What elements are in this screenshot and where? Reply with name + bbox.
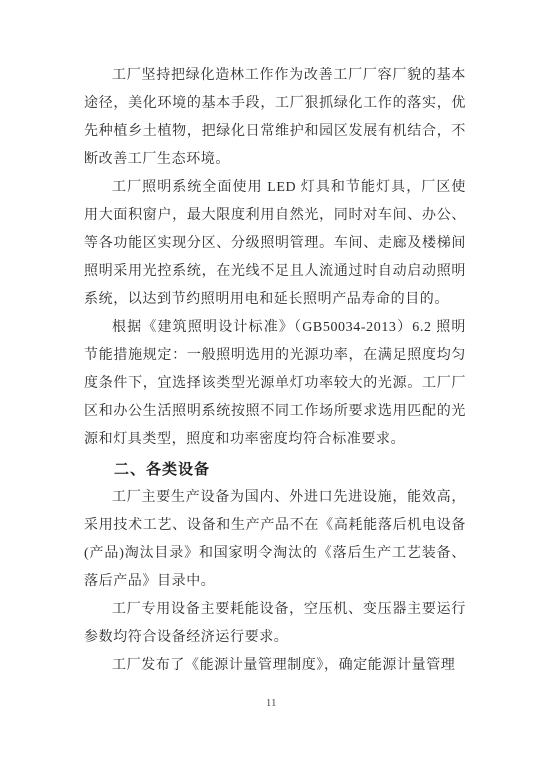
document-body: 工厂坚持把绿化造林工作作为改善工厂厂容厂貌的基本途径，美化环境的基本手段，工厂狠… [84, 62, 466, 680]
paragraph-special-equipment: 工厂专用设备主要耗能设备，空压机、变压器主要运行参数均符合设备经济运行要求。 [84, 596, 466, 652]
paragraph-greening: 工厂坚持把绿化造林工作作为改善工厂厂容厂貌的基本途径，美化环境的基本手段，工厂狠… [84, 62, 466, 174]
paragraph-production-equipment: 工厂主要生产设备为国内、外进口先进设施，能效高，采用技术工艺、设备和生产产品不在… [84, 484, 466, 596]
page-number: 11 [0, 697, 543, 711]
paragraph-lighting-standard: 根据《建筑照明设计标准》（GB50034-2013）6.2 照明节能措施规定：一… [84, 314, 466, 454]
paragraph-energy-metering: 工厂发布了《能源计量管理制度》，确定能源计量管理 [84, 652, 466, 680]
document-page: 工厂坚持把绿化造林工作作为改善工厂厂容厂貌的基本途径，美化环境的基本手段，工厂狠… [0, 0, 543, 768]
paragraph-lighting-led: 工厂照明系统全面使用 LED 灯具和节能灯具，厂区使用大面积窗户，最大限度利用自… [84, 174, 466, 314]
section-heading-equipment: 二、各类设备 [84, 456, 466, 484]
